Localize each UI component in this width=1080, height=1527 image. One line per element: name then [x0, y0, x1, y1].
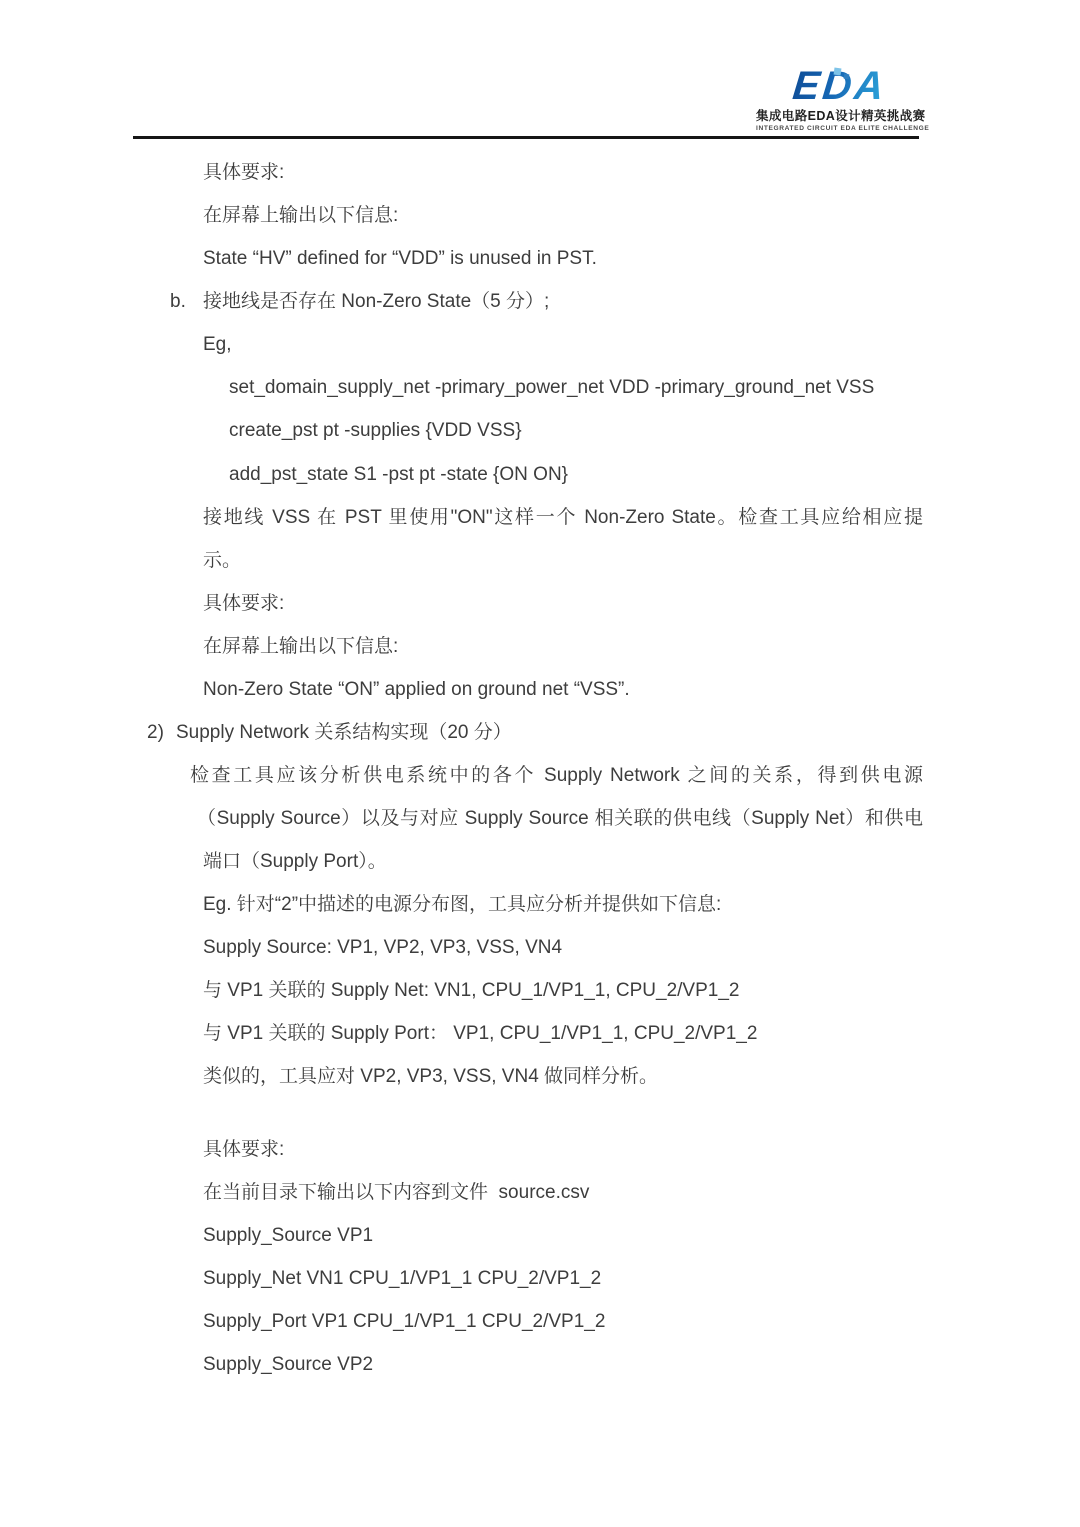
supply-port-list: 与 VP1 关联的 Supply Port： VP1, CPU_1/VP1_1,…	[203, 1022, 757, 1046]
logo-chinese-title: 集成电路EDA设计精英挑战赛	[756, 109, 924, 124]
csv-content-line: Supply_Source VP2	[203, 1353, 373, 1377]
paragraph-line: 类似的，工具应对 VP2, VP3, VSS, VN4 做同样分析。	[203, 1065, 658, 1089]
paragraph-line: （Supply Source）以及与对应 Supply Source 相关联的供…	[197, 807, 923, 831]
code-line: add_pst_state S1 -pst pt -state {ON ON}	[229, 463, 568, 487]
output-instruction: 在屏幕上输出以下信息:	[203, 635, 398, 659]
output-file-instruction: 在当前目录下输出以下内容到文件 source.csv	[203, 1181, 589, 1205]
eda-challenge-logo: EDA 集成电路EDA设计精英挑战赛 INTEGRATED CIRCUIT ED…	[756, 64, 924, 133]
example-label: Eg,	[203, 333, 232, 357]
csv-content-line: Supply_Source VP1	[203, 1224, 373, 1248]
logo-pixel-square-icon	[844, 74, 850, 80]
section-title: Supply Network 关系结构实现（20 分）	[176, 722, 512, 743]
paragraph-line: 检查工具应该分析供电系统中的各个 Supply Network 之间的关系，得到…	[190, 764, 923, 788]
supply-net-list: 与 VP1 关联的 Supply Net: VN1, CPU_1/VP1_1, …	[203, 979, 739, 1003]
section-number: 2)	[147, 721, 176, 745]
paragraph-line: 接地线 VSS 在 PST 里使用"ON"这样一个 Non-Zero State…	[203, 506, 923, 530]
requirement-label: 具体要求:	[203, 1138, 284, 1162]
list-marker: b.	[170, 290, 203, 314]
output-instruction: 在屏幕上输出以下信息:	[203, 204, 398, 228]
csv-content-line: Supply_Port VP1 CPU_1/VP1_1 CPU_2/VP1_2	[203, 1310, 605, 1334]
logo-pixel-square-icon	[834, 68, 842, 76]
list-item-text: 接地线是否存在 Non-Zero State（5 分）;	[203, 291, 549, 312]
example-description: Eg. 针对“2”中描述的电源分布图，工具应分析并提供如下信息:	[203, 893, 721, 917]
csv-content-line: Supply_Net VN1 CPU_1/VP1_1 CPU_2/VP1_2	[203, 1267, 601, 1291]
paragraph-line: 示。	[203, 549, 241, 573]
code-line: create_pst pt -supplies {VDD VSS}	[229, 419, 522, 443]
requirement-label: 具体要求:	[203, 161, 284, 185]
list-item-b: b.接地线是否存在 Non-Zero State（5 分）;	[170, 290, 549, 314]
output-message: Non-Zero State “ON” applied on ground ne…	[203, 678, 630, 702]
requirement-label: 具体要求:	[203, 592, 284, 616]
supply-source-list: Supply Source: VP1, VP2, VP3, VSS, VN4	[203, 936, 562, 960]
output-message: State “HV” defined for “VDD” is unused i…	[203, 247, 597, 271]
logo-english-title: INTEGRATED CIRCUIT EDA ELITE CHALLENGE	[756, 124, 924, 133]
section-heading-2: 2)Supply Network 关系结构实现（20 分）	[147, 721, 512, 745]
eda-wordmark-wrap: EDA	[756, 64, 924, 108]
document-page: EDA 集成电路EDA设计精英挑战赛 INTEGRATED CIRCUIT ED…	[0, 0, 1080, 1527]
header-divider	[133, 136, 919, 139]
paragraph-line: 端口（Supply Port）。	[203, 850, 387, 874]
code-line: set_domain_supply_net -primary_power_net…	[229, 376, 874, 400]
